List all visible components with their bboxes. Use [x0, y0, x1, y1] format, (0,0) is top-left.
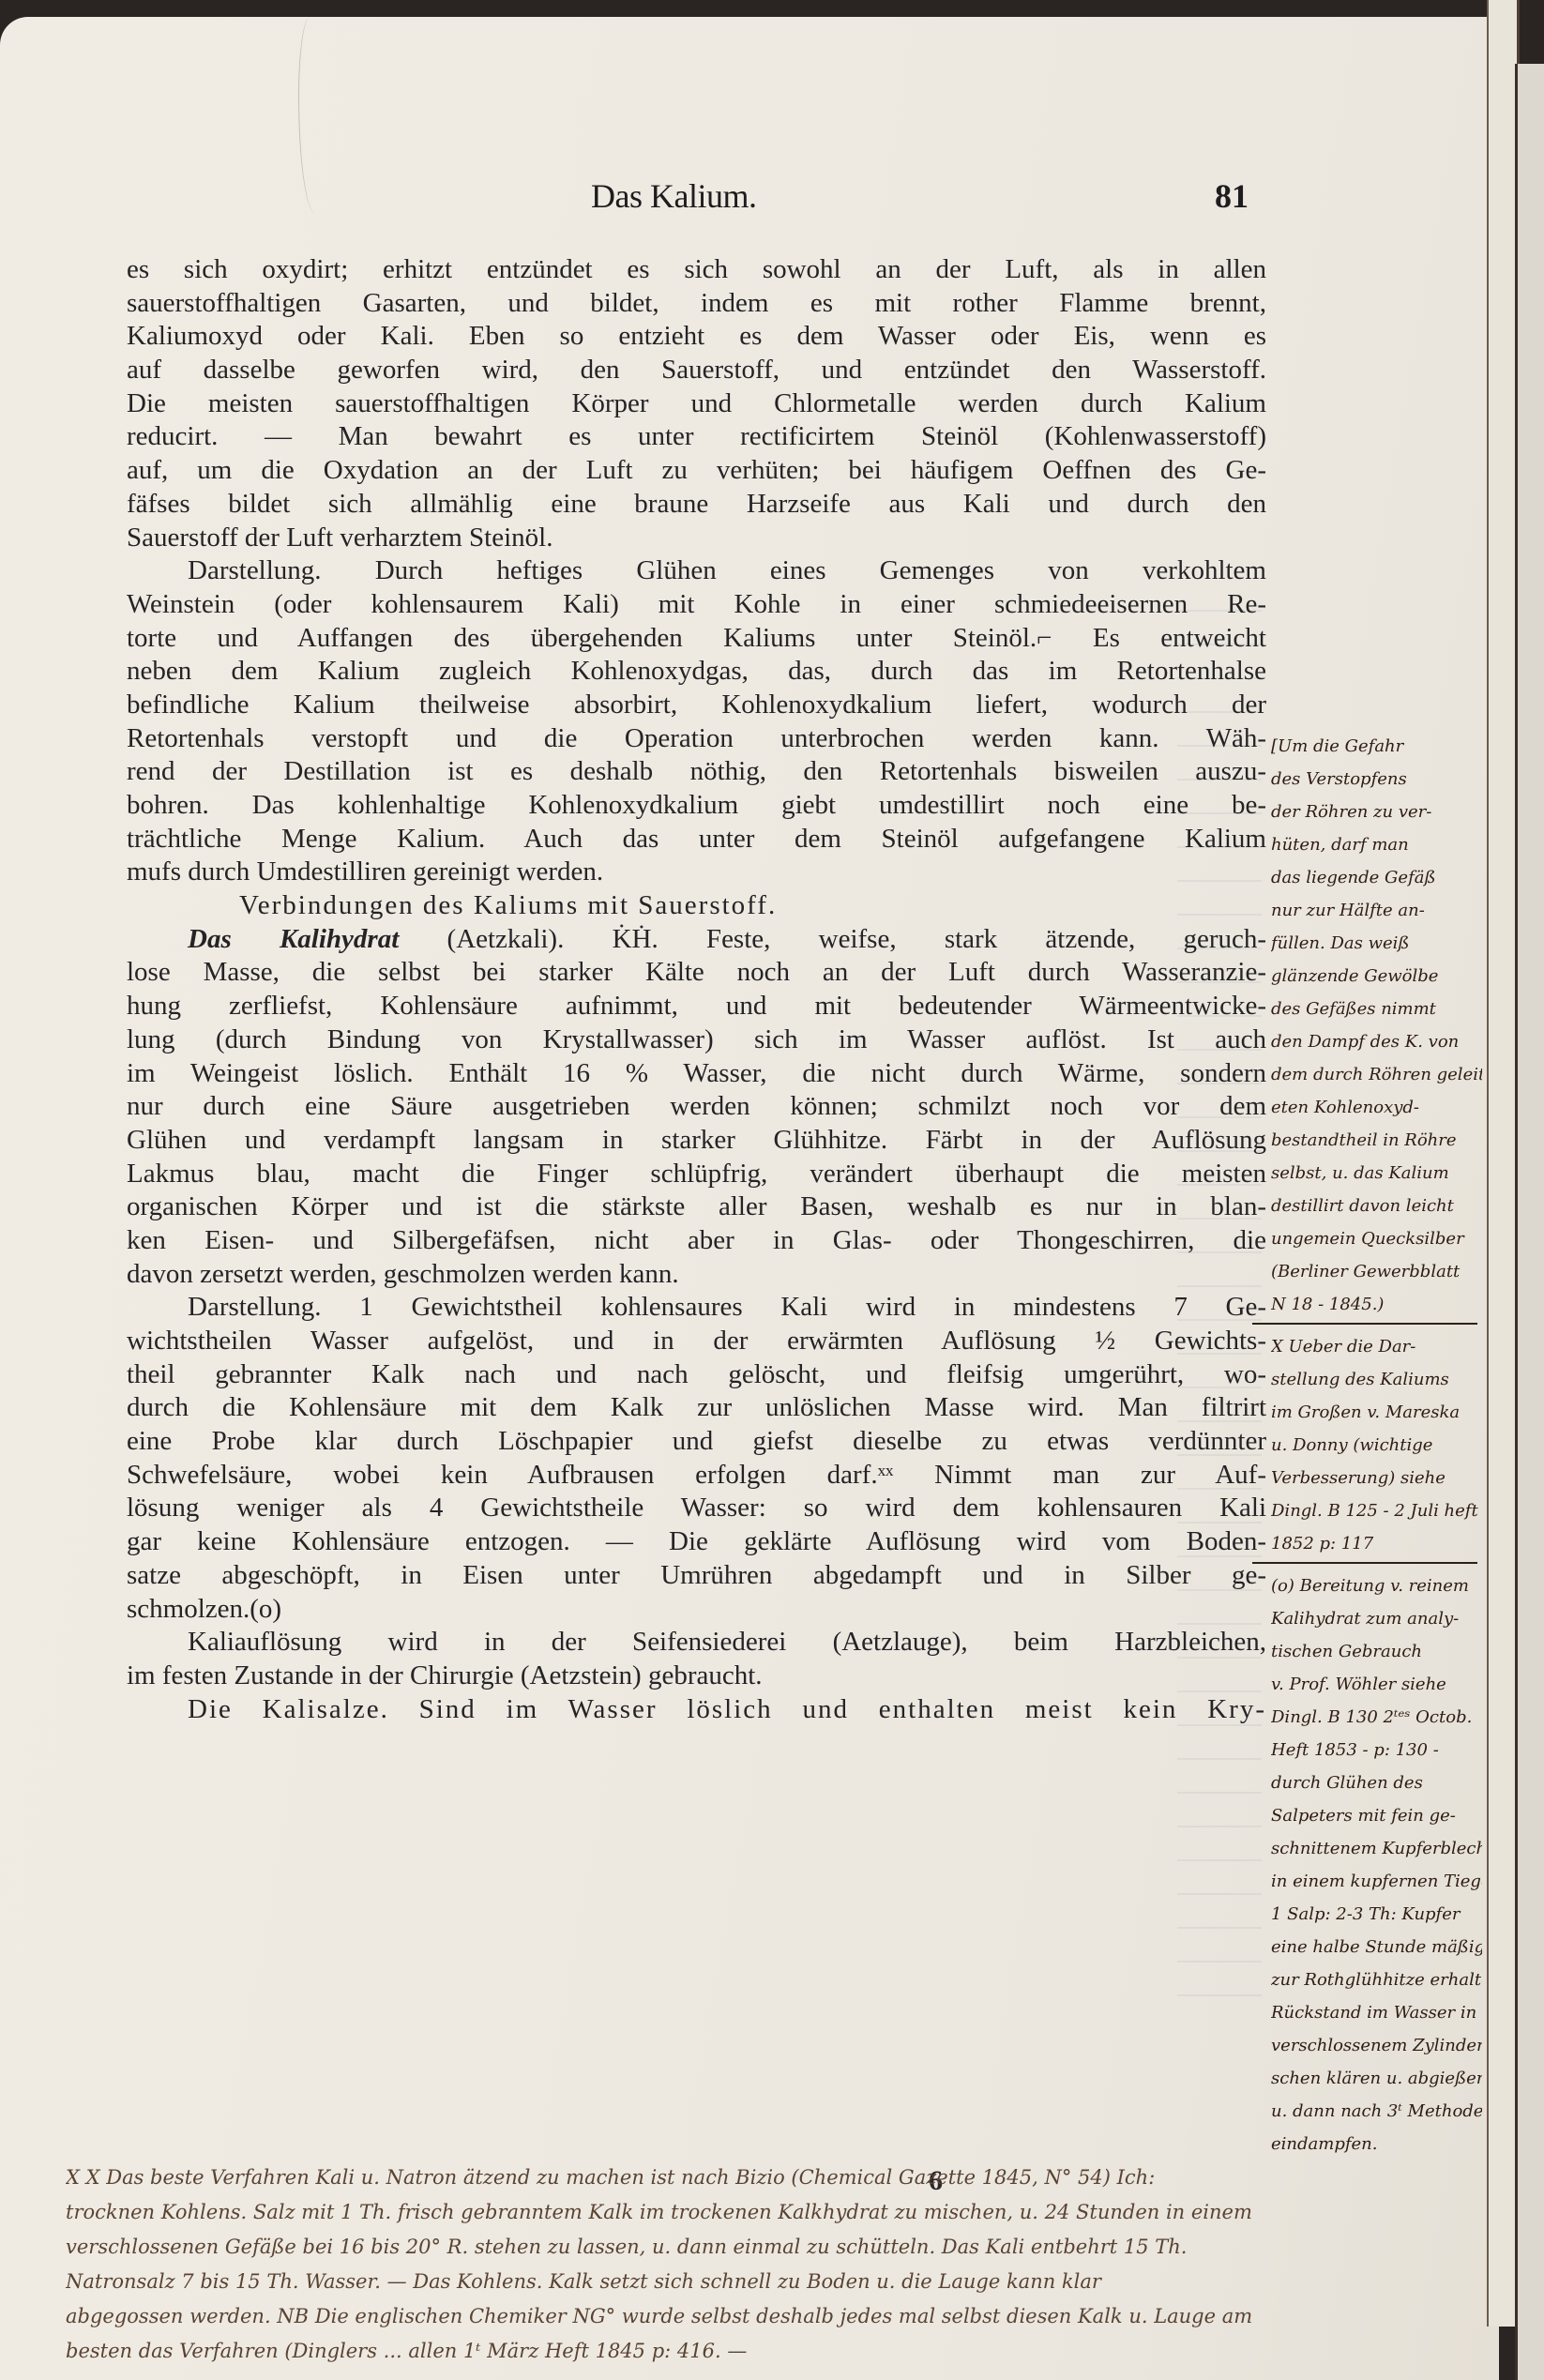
text-line: Kaliumoxyd oder Kali. Eben so entzieht e… [127, 320, 1266, 354]
text-line: reducirt. — Man bewahrt es unter rectifi… [127, 420, 1266, 454]
text-line: auf, um die Oxydation an der Luft zu ver… [127, 454, 1266, 488]
handwritten-footnote: X X Das beste Verfahren Kali u. Natron ä… [66, 2160, 1473, 2369]
text-line: trächtliche Menge Kalium. Auch das unter… [127, 823, 1266, 856]
text-line: lösung weniger als 4 Gewichtstheile Wass… [127, 1492, 1266, 1525]
text-line: fäfses bildet sich allmählig eine braune… [127, 488, 1266, 522]
handwritten-margin-notes: [Um die Gefahr des Verstopfens der Röhre… [1271, 730, 1482, 2160]
next-page-edge [1515, 64, 1544, 2380]
text-line: bohren. Das kohlenhaltige Kohlenoxydkali… [127, 789, 1266, 823]
text-line: Darstellung. 1 Gewichtstheil kohlensaure… [127, 1291, 1266, 1325]
handwritten-line: besten das Verfahren (Dinglers ... allen… [66, 2334, 1473, 2369]
handwritten-line: Dingl. B 125 - 2 Juli heft [1271, 1494, 1482, 1527]
running-title: Das Kalium. [591, 176, 756, 216]
handwritten-line: zur Rothglühhitze erhalten [1271, 1963, 1482, 1996]
text-line: organischen Körper und ist die stärkste … [127, 1190, 1266, 1224]
text-line: im Weingeist löslich. Enthält 16 % Wasse… [127, 1057, 1266, 1091]
handwritten-line: der Röhren zu ver- [1271, 796, 1482, 828]
handwritten-line: X Ueber die Dar- [1271, 1330, 1482, 1363]
text-line: schmolzen.(o) [127, 1593, 1266, 1627]
text-line: hung zerfliefst, Kohlensäure aufnimmt, u… [127, 990, 1266, 1023]
text-line: rend der Destillation ist es deshalb nöt… [127, 755, 1266, 789]
handwritten-line: Natronsalz 7 bis 15 Th. Wasser. — Das Ko… [66, 2265, 1473, 2299]
text-line: durch die Kohlensäure mit dem Kalk zur u… [127, 1391, 1266, 1425]
text-line: Kaliauflösung wird in der Seifensiederei… [127, 1626, 1266, 1660]
text-line-rest: (Aetzkali). K̇Ḣ. Feste, weifse, stark ät… [447, 924, 1266, 954]
running-head: Das Kalium. 81 [0, 176, 1257, 223]
handwritten-line: eine halbe Stunde mäßig [1271, 1931, 1482, 1963]
book-page: Das Kalium. 81 es sich oxydirt; erhitzt … [0, 17, 1499, 2380]
handwritten-line: Salpeters mit fein ge- [1271, 1799, 1482, 1832]
text-line: es sich oxydirt; erhitzt entzündet es si… [127, 253, 1266, 287]
text-line: torte und Auffangen des übergehenden Kal… [127, 622, 1266, 656]
ink-divider [1252, 1562, 1477, 1564]
handwritten-line: 1 Salp: 2-3 Th: Kupfer [1271, 1898, 1482, 1931]
handwritten-line: stellung des Kaliums [1271, 1363, 1482, 1396]
handwritten-line: destillirt davon leicht [1271, 1190, 1482, 1222]
text-line: lung (durch Bindung von Krystallwasser) … [127, 1023, 1266, 1057]
handwritten-line: im Großen v. Mareska [1271, 1396, 1482, 1429]
handwritten-line: u. dann nach 3ᵗ Methode [1271, 2095, 1482, 2128]
margin-note-block-3: (o) Bereitung v. reinem Kalihydrat zum a… [1271, 1569, 1482, 2160]
handwritten-line: den Dampf des K. von [1271, 1025, 1482, 1058]
handwritten-line: 1852 p: 117 [1271, 1527, 1482, 1560]
handwritten-line: das liegende Gefäß [1271, 861, 1482, 894]
text-line: neben dem Kalium zugleich Kohlenoxydgas,… [127, 655, 1266, 689]
text-line: davon zersetzt werden, geschmolzen werde… [127, 1258, 1266, 1292]
handwritten-line: des Verstopfens [1271, 763, 1482, 796]
handwritten-line: v. Prof. Wöhler siehe [1271, 1668, 1482, 1701]
text-line: eine Probe klar durch Löschpapier und gi… [127, 1425, 1266, 1459]
text-line: Glühen und verdampft langsam in starker … [127, 1124, 1266, 1158]
handwritten-line: füllen. Das weiß [1271, 927, 1482, 960]
handwritten-line: verschlossenen Gefäße bei 16 bis 20° R. … [66, 2230, 1473, 2265]
text-line: mufs durch Umdestilliren gereinigt werde… [127, 856, 1266, 889]
text-line: im festen Zustande in der Chirurgie (Aet… [127, 1660, 1266, 1693]
handwritten-line: glänzende Gewölbe [1271, 960, 1482, 993]
handwritten-line: [Um die Gefahr [1271, 730, 1482, 763]
margin-note-block-2: X Ueber die Dar- stellung des Kaliums im… [1271, 1330, 1482, 1564]
text-line: Die Kalisalze. Sind im Wasser löslich un… [127, 1693, 1266, 1727]
handwritten-line: durch Glühen des [1271, 1766, 1482, 1799]
section-heading: Verbindungen des Kaliums mit Sauerstoff. [127, 889, 1266, 923]
handwritten-line: (o) Bereitung v. reinem [1271, 1569, 1482, 1602]
handwritten-line: eindampfen. [1271, 2128, 1482, 2160]
handwritten-line: Verbesserung) siehe [1271, 1462, 1482, 1494]
text-line: Lakmus blau, macht die Finger schlüpfrig… [127, 1158, 1266, 1191]
handwritten-line: bestandtheil in Röhre [1271, 1124, 1482, 1157]
handwritten-line: abgegossen werden. NB Die englischen Che… [66, 2299, 1473, 2334]
text-line: Retortenhals verstopft und die Operation… [127, 722, 1266, 756]
handwritten-line: ungemein Quecksilber [1271, 1222, 1482, 1255]
handwritten-line: (Berliner Gewerbblatt [1271, 1255, 1482, 1288]
handwritten-line: nur zur Hälfte an- [1271, 894, 1482, 927]
text-line: ken Eisen- und Silbergefäfsen, nicht abe… [127, 1224, 1266, 1258]
text-line: Schwefelsäure, wobei kein Aufbrausen erf… [127, 1459, 1266, 1493]
text-line: satze abgeschöpft, in Eisen unter Umrühr… [127, 1559, 1266, 1593]
text-line: Das Kalihydrat (Aetzkali). K̇Ḣ. Feste, w… [127, 923, 1266, 957]
body-text: es sich oxydirt; erhitzt entzündet es si… [127, 253, 1266, 1726]
text-line: nur durch eine Säure ausgetrieben werden… [127, 1090, 1266, 1124]
text-line: Weinstein (oder kohlensaurem Kali) mit K… [127, 588, 1266, 622]
handwritten-line: trocknen Kohlens. Salz mit 1 Th. frisch … [66, 2195, 1473, 2230]
handwritten-line: eten Kohlenoxyd- [1271, 1091, 1482, 1124]
text-line: auf dasselbe geworfen wird, den Sauersto… [127, 354, 1266, 387]
handwritten-line: tischen Gebrauch [1271, 1635, 1482, 1668]
text-line: theil gebrannter Kalk nach und nach gelö… [127, 1358, 1266, 1392]
italic-term: Das Kalihydrat [188, 924, 399, 954]
handwritten-line: des Gefäßes nimmt [1271, 993, 1482, 1025]
text-line: wichtstheilen Wasser aufgelöst, und in d… [127, 1325, 1266, 1358]
handwritten-line: Kalihydrat zum analy- [1271, 1602, 1482, 1635]
text-line: Darstellung. Durch heftiges Glühen eines… [127, 554, 1266, 588]
handwritten-line: hüten, darf man [1271, 828, 1482, 861]
handwritten-line: in einem kupfernen Tiegel [1271, 1865, 1482, 1898]
handwritten-line: dem durch Röhren geleit- [1271, 1058, 1482, 1091]
text-line: Sauerstoff der Luft verharztem Steinöl. [127, 522, 1266, 555]
text-line: sauerstoffhaltigen Gasarten, und bildet,… [127, 287, 1266, 321]
handwritten-line: X X Das beste Verfahren Kali u. Natron ä… [66, 2160, 1473, 2195]
text-line: befindliche Kalium theilweise absorbirt,… [127, 689, 1266, 722]
handwritten-line: selbst, u. das Kalium [1271, 1157, 1482, 1190]
handwritten-line: verschlossenem Zylinder gewa- [1271, 2029, 1482, 2062]
page-number: 81 [1215, 176, 1249, 216]
handwritten-line: Dingl. B 130 2ᵗᵉˢ Octob. [1271, 1701, 1482, 1734]
handwritten-line: u. Donny (wichtige [1271, 1429, 1482, 1462]
text-line: lose Masse, die selbst bei starker Kälte… [127, 956, 1266, 990]
text-line: Die meisten sauerstoffhaltigen Körper un… [127, 387, 1266, 421]
handwritten-line: schen klären u. abgießen [1271, 2062, 1482, 2095]
ink-divider [1252, 1323, 1477, 1325]
handwritten-line: schnittenem Kupferblech [1271, 1832, 1482, 1865]
text-line: gar keine Kohlensäure entzogen. — Die ge… [127, 1525, 1266, 1559]
handwritten-line: Rückstand im Wasser in [1271, 1996, 1482, 2029]
margin-note-block-1: [Um die Gefahr des Verstopfens der Röhre… [1271, 730, 1482, 1325]
handwritten-line: N 18 - 1845.) [1271, 1288, 1482, 1321]
handwritten-line: Heft 1853 - p: 130 - [1271, 1734, 1482, 1766]
